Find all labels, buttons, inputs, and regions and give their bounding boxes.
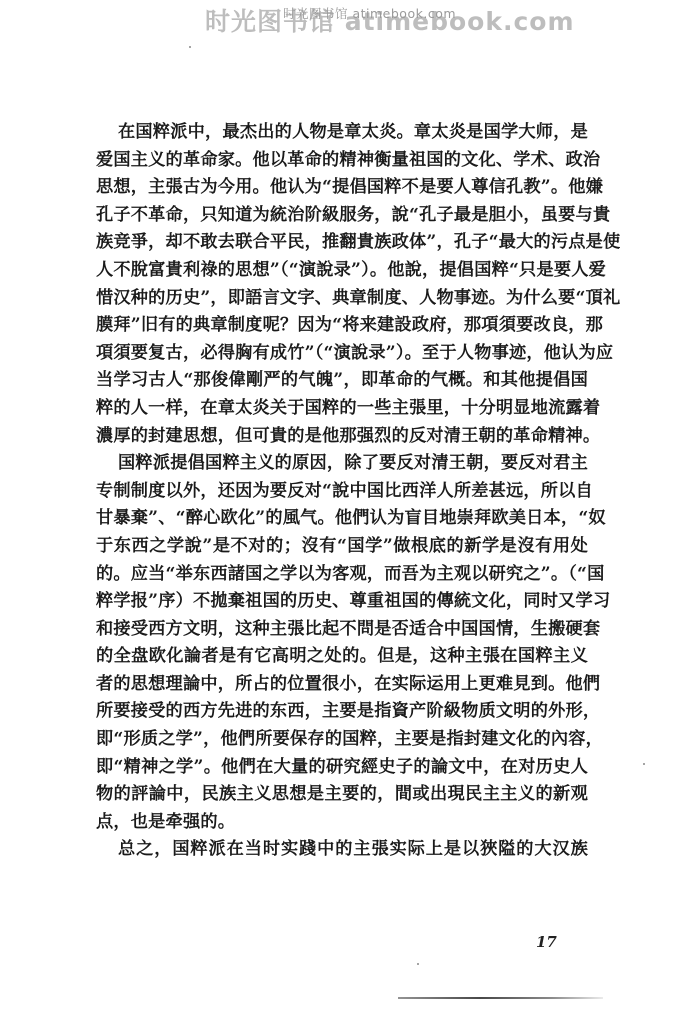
text-line: 的全盘欧化論者是有它高明之处的。但是，这种主張在国粹主义: [96, 643, 588, 671]
text-line: 于东西之学說”是不对的；沒有“国学”做根底的新学是沒有用处: [96, 533, 588, 561]
text-line: 人不脫富貴利祿的思想”（“演說录”）。他說，提倡国粹“只是要人爱: [96, 257, 588, 285]
scan-speck: [643, 763, 645, 765]
page-body: 在国粹派中，最杰出的人物是章太炎。章太炎是国学大师，是 爱国主义的革命家。他以革…: [96, 119, 588, 864]
text-line: 族竞爭，却不敢去联合平民，推翻貴族政体”，孔子“最大的污点是使: [96, 229, 588, 257]
text-line: 物的評論中，民族主义思想是主要的，間或出現民主主义的新观: [96, 781, 588, 809]
text-line: 国粹派提倡国粹主义的原因，除了要反对清王朝，要反对君主: [96, 450, 588, 478]
text-line: 专制制度以外，还因为要反对“說中国比西洋人所差甚远，所以自: [96, 478, 588, 506]
text-line: 思想，主張古为今用。他认为“提倡国粹不是要人尊信孔教”。他嫌: [96, 174, 588, 202]
text-line: 即“形质之学”，他們所要保存的国粹，主要是指封建文化的內容，: [96, 726, 588, 754]
paragraph-1: 在国粹派中，最杰出的人物是章太炎。章太炎是国学大师，是 爱国主义的革命家。他以革…: [96, 119, 588, 450]
text-line: 濃厚的封建思想，但可貴的是他那强烈的反对清王朝的革命精神。: [96, 423, 588, 451]
scan-speck: [189, 46, 191, 48]
text-line: 孔子不革命，只知道为統治阶級服务，說“孔子最是胆小，虽要与貴: [96, 202, 588, 230]
text-line: 总之，国粹派在当时实踐中的主張实际上是以狹隘的大汉族: [96, 836, 588, 864]
scan-speck: [417, 963, 419, 965]
text-line: 在国粹派中，最杰出的人物是章太炎。章太炎是国学大师，是: [96, 119, 588, 147]
watermark: 时光图书馆 atimebook.com 时光图书馆 atimebook.com: [205, 2, 685, 42]
text-line: 和接受西方文明，这种主張比起不問是否适合中国国情，生搬硬套: [96, 616, 588, 644]
paragraph-2: 国粹派提倡国粹主义的原因，除了要反对清王朝，要反对君主 专制制度以外，还因为要反…: [96, 450, 588, 836]
text-line: 膜拜”旧有的典章制度呢？因为“将来建設政府，那項須要改良，那: [96, 312, 588, 340]
text-line: 粹的人一样，在章太炎关于国粹的一些主張里，十分明显地流露着: [96, 395, 588, 423]
text-line: 甘暴棄”、“醉心欧化”的風气。他們认为盲目地崇拜欧美日本，“奴: [96, 505, 588, 533]
page-number: 17: [536, 933, 557, 951]
text-line: 当学习古人“那俊偉剛严的气魄”，即革命的气概。和其他提倡国: [96, 367, 588, 395]
text-line: 点，也是牵强的。: [96, 809, 588, 837]
paragraph-3: 总之，国粹派在当时实踐中的主張实际上是以狹隘的大汉族: [96, 836, 588, 864]
text-line: 惜汉种的历史”，即語言文字、典章制度、人物事迹。为什么要“頂礼: [96, 285, 588, 313]
watermark-small-text: 时光图书馆 atimebook.com: [283, 4, 456, 22]
text-line: 粹学报”序）不拋棄祖国的历史、尊重祖国的傳統文化，同时又学习: [96, 588, 588, 616]
text-line: 即“精神之学”。他們在大量的研究經史子的論文中，在对历史人: [96, 754, 588, 782]
text-line: 所要接受的西方先进的东西，主要是指資产阶級物质文明的外形，: [96, 698, 588, 726]
text-line: 項須要复古，必得胸有成竹”（“演說录”）。至于人物事迹，他认为应: [96, 340, 588, 368]
scan-speck: [603, 215, 605, 217]
text-line: 者的思想理論中，所占的位置很小，在实际运用上更难見到。他們: [96, 671, 588, 699]
scan-artifact-rule: [398, 997, 603, 999]
text-line: 爱国主义的革命家。他以革命的精神衡量祖国的文化、学术、政治: [96, 147, 588, 175]
text-line: 的。应当“举东西諸国之学以为客观，而吾为主观以研究之”。（“国: [96, 561, 588, 589]
